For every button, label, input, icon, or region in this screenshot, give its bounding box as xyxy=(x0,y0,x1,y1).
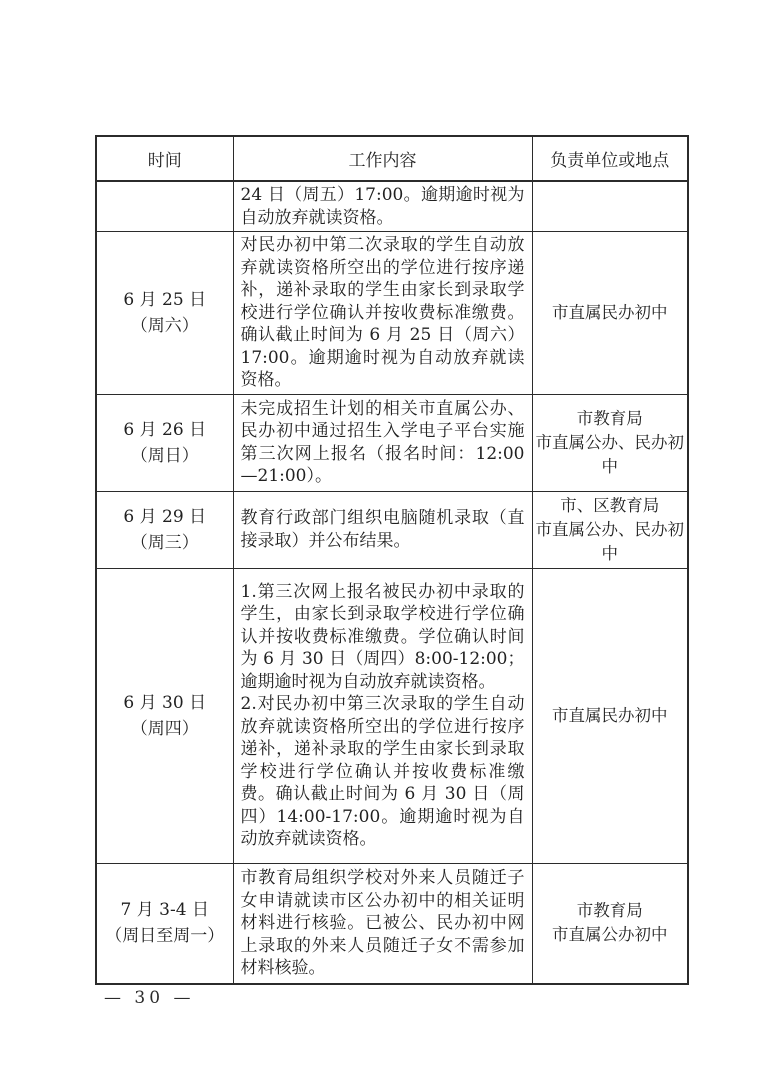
unit-cell: 市教育局 市直属公办初中 xyxy=(532,863,688,984)
page-number: — 30 — xyxy=(104,988,194,1008)
unit-cell xyxy=(532,181,688,232)
time-weekday: （周四） xyxy=(101,716,229,742)
table-row: 6 月 26 日 （周日） 未完成招生计划的相关市直属公办、民办初中通过招生入学… xyxy=(96,394,688,491)
unit-line: 市、区教育局 xyxy=(536,494,685,518)
time-weekday: （周日至周一） xyxy=(101,923,229,949)
schedule-table: 时间 工作内容 负责单位或地点 24 日（周五）17:00。逾期逾时视为自动放弃… xyxy=(95,135,689,985)
time-cell: 7 月 3-4 日 （周日至周一） xyxy=(96,863,233,984)
unit-line: 市教育局 xyxy=(536,899,685,923)
table-row: 24 日（周五）17:00。逾期逾时视为自动放弃就读资格。 xyxy=(96,181,688,232)
unit-line: 市直属公办、民办初中 xyxy=(536,518,685,566)
unit-line: 市直属公办、民办初中 xyxy=(536,431,685,479)
header-time: 时间 xyxy=(96,136,233,181)
content-text: 2.对民办初中第三次录取的学生自动放弃就读资格所空出的学位进行按序递补，递补录取… xyxy=(241,693,525,851)
time-cell: 6 月 29 日 （周三） xyxy=(96,491,233,568)
time-weekday: （周六） xyxy=(101,313,229,339)
content-text: 未完成招生计划的相关市直属公办、民办初中通过招生入学电子平台实施第三次网上报名（… xyxy=(241,398,525,488)
unit-cell: 市教育局 市直属公办、民办初中 xyxy=(532,394,688,491)
content-text: 教育行政部门组织电脑随机录取（直接录取）并公布结果。 xyxy=(241,507,525,552)
table-header-row: 时间 工作内容 负责单位或地点 xyxy=(96,136,688,181)
content-cell: 教育行政部门组织电脑随机录取（直接录取）并公布结果。 xyxy=(233,491,532,568)
time-weekday: （周日） xyxy=(101,443,229,469)
time-date: 6 月 30 日 xyxy=(101,690,229,716)
unit-cell: 市、区教育局 市直属公办、民办初中 xyxy=(532,491,688,568)
content-text: 1.第三次网上报名被民办初中录取的学生，由家长到录取学校进行学位确认并按收费标准… xyxy=(241,581,525,694)
time-date: 6 月 25 日 xyxy=(101,287,229,313)
time-date: 6 月 29 日 xyxy=(101,504,229,530)
table-row: 7 月 3-4 日 （周日至周一） 市教育局组织学校对外来人员随迁子女申请就读市… xyxy=(96,863,688,984)
time-weekday: （周三） xyxy=(101,530,229,556)
content-cell: 对民办初中第二次录取的学生自动放弃就读资格所空出的学位进行按序递补，递补录取的学… xyxy=(233,232,532,395)
content-cell: 未完成招生计划的相关市直属公办、民办初中通过招生入学电子平台实施第三次网上报名（… xyxy=(233,394,532,491)
time-date: 6 月 26 日 xyxy=(101,417,229,443)
table-row: 6 月 29 日 （周三） 教育行政部门组织电脑随机录取（直接录取）并公布结果。… xyxy=(96,491,688,568)
header-content: 工作内容 xyxy=(233,136,532,181)
unit-line: 市直属民办初中 xyxy=(536,301,685,325)
time-cell: 6 月 25 日 （周六） xyxy=(96,232,233,395)
time-cell xyxy=(96,181,233,232)
header-unit: 负责单位或地点 xyxy=(532,136,688,181)
time-cell: 6 月 26 日 （周日） xyxy=(96,394,233,491)
unit-line: 市直属民办初中 xyxy=(536,704,685,728)
content-cell: 市教育局组织学校对外来人员随迁子女申请就读市区公办初中的相关证明材料进行核验。已… xyxy=(233,863,532,984)
table-row: 6 月 30 日 （周四） 1.第三次网上报名被民办初中录取的学生，由家长到录取… xyxy=(96,568,688,863)
unit-line: 市教育局 xyxy=(536,407,685,431)
unit-cell: 市直属民办初中 xyxy=(532,568,688,863)
time-date: 7 月 3-4 日 xyxy=(101,897,229,923)
unit-cell: 市直属民办初中 xyxy=(532,232,688,395)
content-text: 对民办初中第二次录取的学生自动放弃就读资格所空出的学位进行按序递补，递补录取的学… xyxy=(241,234,525,392)
content-text: 市教育局组织学校对外来人员随迁子女申请就读市区公办初中的相关证明材料进行核验。已… xyxy=(241,867,525,980)
time-cell: 6 月 30 日 （周四） xyxy=(96,568,233,863)
table-row: 6 月 25 日 （周六） 对民办初中第二次录取的学生自动放弃就读资格所空出的学… xyxy=(96,232,688,395)
content-text: 24 日（周五）17:00。逾期逾时视为自动放弃就读资格。 xyxy=(241,184,525,229)
content-cell: 1.第三次网上报名被民办初中录取的学生，由家长到录取学校进行学位确认并按收费标准… xyxy=(233,568,532,863)
content-cell: 24 日（周五）17:00。逾期逾时视为自动放弃就读资格。 xyxy=(233,181,532,232)
unit-line: 市直属公办初中 xyxy=(536,923,685,947)
